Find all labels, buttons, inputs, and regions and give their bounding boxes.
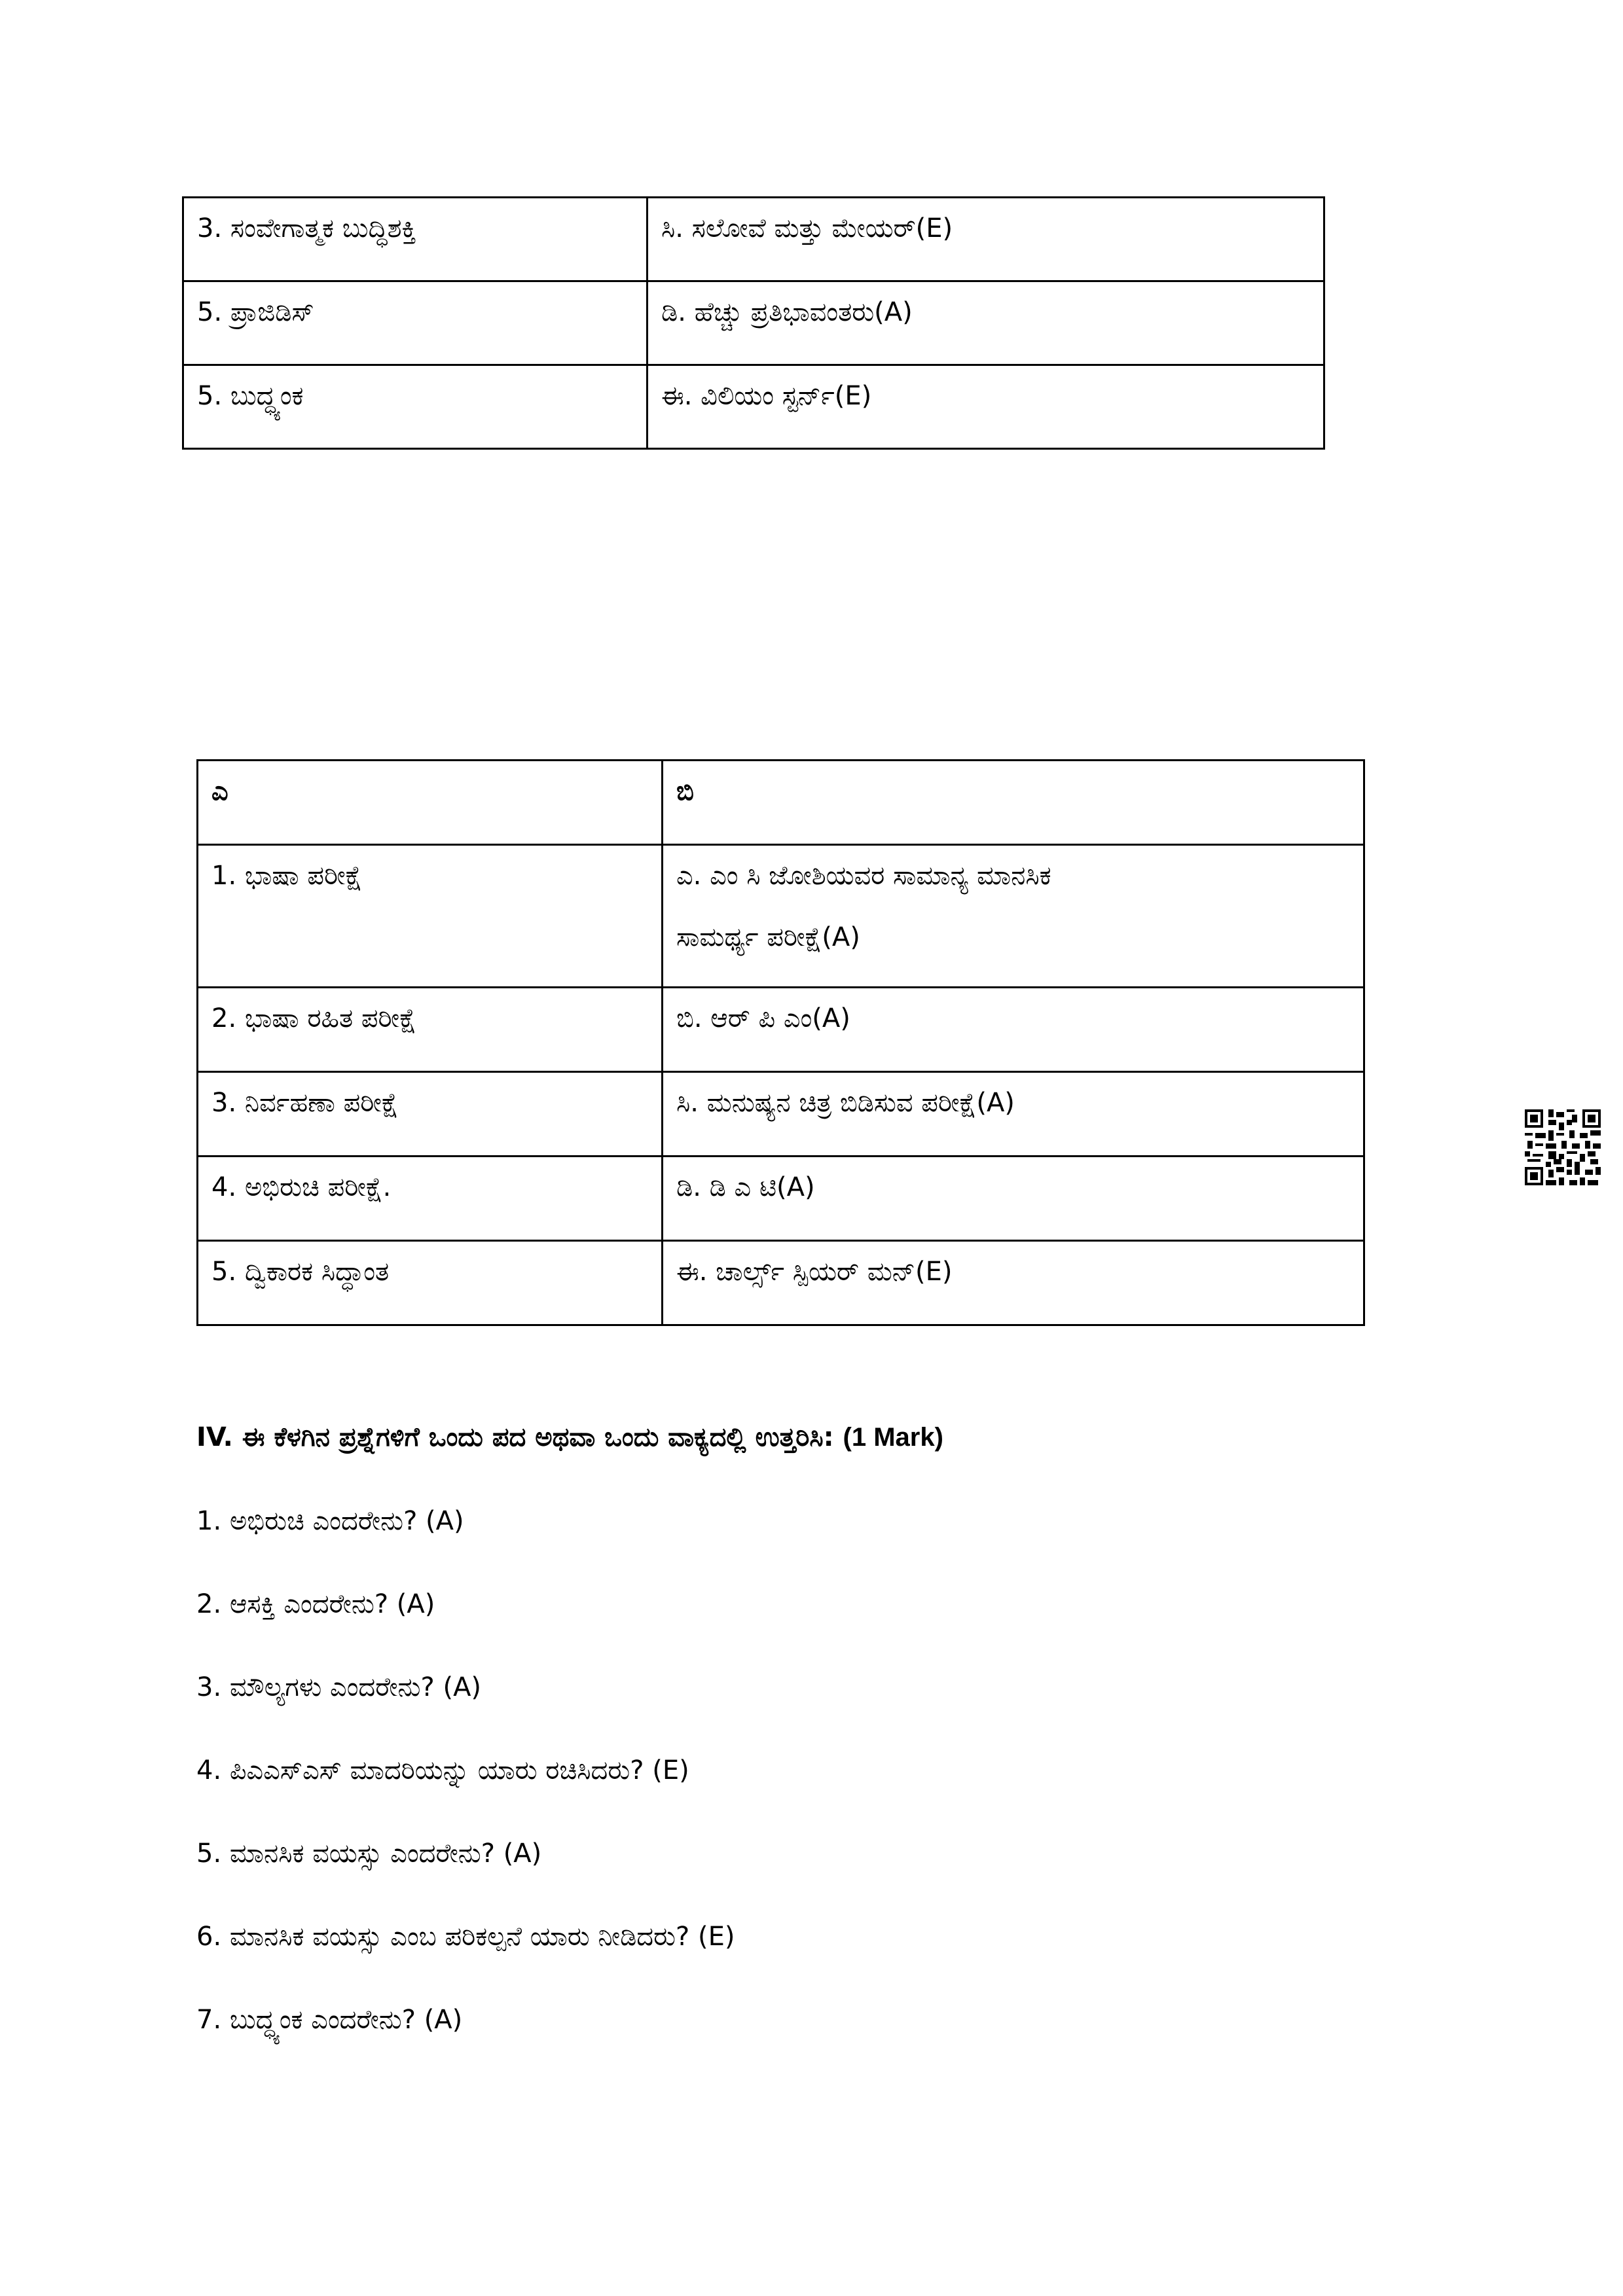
cell-text: 3. ಸಂವೇಗಾತ್ಮಕ ಬುದ್ಧಿಶಕ್ತಿ: [197, 213, 633, 243]
table-cell: ಬಿ. ಆರ್ ಪಿ ಎಂ(A): [663, 988, 1364, 1072]
column-header-a: ಎ: [198, 761, 663, 845]
table-cell: ಡಿ. ಡಿ ಎ ಟಿ(A): [663, 1157, 1364, 1241]
header-text: ಎ: [211, 776, 648, 806]
table-cell: 5. ಪ್ರಾಜಿಡಿಸ್: [183, 281, 647, 365]
question-item: 7. ಬುದ್ಧ್ಯಂಕ ಎಂದರೇನು? (A): [196, 2001, 735, 2085]
question-item: 2. ಆಸಕ್ತಿ ಎಂದರೇನು? (A): [196, 1586, 735, 1669]
table-row: 5. ಬುದ್ಧ್ಯಂಕ ಈ. ವಿಲಿಯಂ ಸ್ಟರ್ನ್(E): [183, 365, 1324, 449]
cell-text: 5. ಪ್ರಾಜಿಡಿಸ್: [197, 296, 633, 327]
cell-text: ಡಿ. ಡಿ ಎ ಟಿ(A): [676, 1172, 1350, 1202]
question-list: 1. ಅಭಿರುಚಿ ಎಂದರೇನು? (A) 2. ಆಸಕ್ತಿ ಎಂದರೇನ…: [196, 1503, 735, 2085]
section-title-text: IV. ಈ ಕೆಳಗಿನ ಪ್ರಶ್ನೆಗಳಿಗೆ ಒಂದು ಪದ ಅಥವಾ ಒ…: [196, 1422, 834, 1452]
qr-code-icon: [1525, 1109, 1601, 1185]
cell-text: ಬಿ. ಆರ್ ಪಿ ಎಂ(A): [676, 1003, 1350, 1033]
table-cell: ಸಿ. ಸಲೋವೆ ಮತ್ತು ಮೇಯರ್(E): [647, 198, 1324, 281]
table-cell: ಈ. ವಿಲಿಯಂ ಸ್ಟರ್ನ್(E): [647, 365, 1324, 449]
section-heading: IV. ಈ ಕೆಳಗಿನ ಪ್ರಶ್ನೆಗಳಿಗೆ ಒಂದು ಪದ ಅಥವಾ ಒ…: [196, 1419, 943, 1456]
cell-text: ಡಿ. ಹೆಚ್ಚು ಪ್ರತಿಭಾವಂತರು(A): [661, 296, 1310, 327]
table-cell: 4. ಅಭಿರುಚಿ ಪರೀಕ್ಷೆ.: [198, 1157, 663, 1241]
header-text: ಬಿ: [676, 776, 1350, 806]
cell-text: 2. ಭಾಷಾ ರಹಿತ ಪರೀಕ್ಷೆ: [211, 1003, 648, 1033]
table-cell: ಈ. ಚಾರ್ಲ್ಸ್ ಸ್ಪಿಯರ್ ಮನ್(E): [663, 1241, 1364, 1325]
match-table: ಎ ಬಿ 1. ಭಾಷಾ ಪರೀಕ್ಷೆ ಎ. ಎಂ ಸಿ ಜೋಶಿಯವರ ಸಾ…: [196, 759, 1365, 1326]
table-cell: ಡಿ. ಹೆಚ್ಚು ಪ್ರತಿಭಾವಂತರು(A): [647, 281, 1324, 365]
question-item: 5. ಮಾನಸಿಕ ವಯಸ್ಸು ಎಂದರೇನು? (A): [196, 1835, 735, 1918]
cell-text-line1: ಎ. ಎಂ ಸಿ ಜೋಶಿಯವರ ಸಾಮಾನ್ಯ ಮಾನಸಿಕ: [676, 860, 1350, 890]
cell-text: 5. ದ್ವಿಕಾರಕ ಸಿದ್ಧಾಂತ: [211, 1256, 648, 1286]
cell-text: 3. ನಿರ್ವಹಣಾ ಪರೀಕ್ಷೆ: [211, 1087, 648, 1117]
table-cell: ಎ. ಎಂ ಸಿ ಜೋಶಿಯವರ ಸಾಮಾನ್ಯ ಮಾನಸಿಕ ಸಾಮರ್ಥ್ಯ…: [663, 845, 1364, 988]
table-cell: 1. ಭಾಷಾ ಪರೀಕ್ಷೆ: [198, 845, 663, 988]
marks-label: (1 Mark): [843, 1423, 943, 1452]
cell-text: 4. ಅಭಿರುಚಿ ಪರೀಕ್ಷೆ.: [211, 1172, 648, 1202]
column-header-b: ಬಿ: [663, 761, 1364, 845]
table-header-row: ಎ ಬಿ: [198, 761, 1364, 845]
match-table-continued: 3. ಸಂವೇಗಾತ್ಮಕ ಬುದ್ಧಿಶಕ್ತಿ ಸಿ. ಸಲೋವೆ ಮತ್ತ…: [182, 196, 1325, 450]
question-item: 4. ಪಿಎಎಸ್ಎಸ್ ಮಾದರಿಯನ್ನು ಯಾರು ರಚಿಸಿದರು? (…: [196, 1752, 735, 1835]
cell-text: 1. ಭಾಷಾ ಪರೀಕ್ಷೆ: [211, 860, 648, 890]
table-cell: 3. ಸಂವೇಗಾತ್ಮಕ ಬುದ್ಧಿಶಕ್ತಿ: [183, 198, 647, 281]
table-cell: 5. ದ್ವಿಕಾರಕ ಸಿದ್ಧಾಂತ: [198, 1241, 663, 1325]
table-row: 1. ಭಾಷಾ ಪರೀಕ್ಷೆ ಎ. ಎಂ ಸಿ ಜೋಶಿಯವರ ಸಾಮಾನ್ಯ…: [198, 845, 1364, 988]
cell-text: ಸಿ. ಸಲೋವೆ ಮತ್ತು ಮೇಯರ್(E): [661, 213, 1310, 243]
table-cell: 5. ಬುದ್ಧ್ಯಂಕ: [183, 365, 647, 449]
table-row: 5. ದ್ವಿಕಾರಕ ಸಿದ್ಧಾಂತ ಈ. ಚಾರ್ಲ್ಸ್ ಸ್ಪಿಯರ್…: [198, 1241, 1364, 1325]
question-item: 1. ಅಭಿರುಚಿ ಎಂದರೇನು? (A): [196, 1503, 735, 1586]
cell-text: ಈ. ಚಾರ್ಲ್ಸ್ ಸ್ಪಿಯರ್ ಮನ್(E): [676, 1256, 1350, 1286]
cell-text: ಸಿ. ಮನುಷ್ಯನ ಚಿತ್ರ ಬಿಡಿಸುವ ಪರೀಕ್ಷೆ(A): [676, 1087, 1350, 1117]
table-cell: 3. ನಿರ್ವಹಣಾ ಪರೀಕ್ಷೆ: [198, 1072, 663, 1157]
question-item: 3. ಮೌಲ್ಯಗಳು ಎಂದರೇನು? (A): [196, 1669, 735, 1752]
question-item: 6. ಮಾನಸಿಕ ವಯಸ್ಸು ಎಂಬ ಪರಿಕಲ್ಪನೆ ಯಾರು ನೀಡಿ…: [196, 1918, 735, 2001]
table-cell: 2. ಭಾಷಾ ರಹಿತ ಪರೀಕ್ಷೆ: [198, 988, 663, 1072]
cell-text: ಈ. ವಿಲಿಯಂ ಸ್ಟರ್ನ್(E): [661, 380, 1310, 410]
table-cell: ಸಿ. ಮನುಷ್ಯನ ಚಿತ್ರ ಬಿಡಿಸುವ ಪರೀಕ್ಷೆ(A): [663, 1072, 1364, 1157]
table-row: 2. ಭಾಷಾ ರಹಿತ ಪರೀಕ್ಷೆ ಬಿ. ಆರ್ ಪಿ ಎಂ(A): [198, 988, 1364, 1072]
table-row: 3. ಸಂವೇಗಾತ್ಮಕ ಬುದ್ಧಿಶಕ್ತಿ ಸಿ. ಸಲೋವೆ ಮತ್ತ…: [183, 198, 1324, 281]
cell-text-line2: ಸಾಮರ್ಥ್ಯ ಪರೀಕ್ಷೆ(A): [676, 922, 1350, 952]
table-row: 4. ಅಭಿರುಚಿ ಪರೀಕ್ಷೆ. ಡಿ. ಡಿ ಎ ಟಿ(A): [198, 1157, 1364, 1241]
table-row: 3. ನಿರ್ವಹಣಾ ಪರೀಕ್ಷೆ ಸಿ. ಮನುಷ್ಯನ ಚಿತ್ರ ಬಿ…: [198, 1072, 1364, 1157]
table-row: 5. ಪ್ರಾಜಿಡಿಸ್ ಡಿ. ಹೆಚ್ಚು ಪ್ರತಿಭಾವಂತರು(A): [183, 281, 1324, 365]
cell-text: 5. ಬುದ್ಧ್ಯಂಕ: [197, 380, 633, 410]
